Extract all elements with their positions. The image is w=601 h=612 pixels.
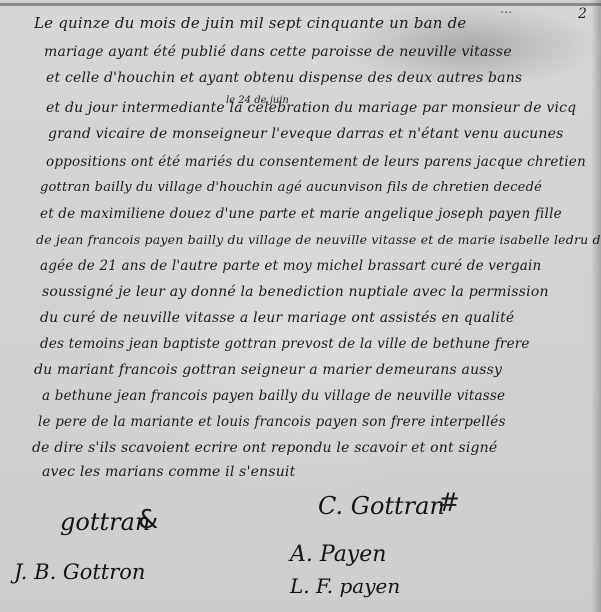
text-line: et de maximiliene douez d'une parte et m…	[40, 206, 562, 222]
text-line: grand vicaire de monseigneur l'eveque da…	[48, 126, 563, 142]
text-line: soussigné je leur ay donné la benedictio…	[42, 284, 549, 300]
page-edge-shadow	[591, 0, 601, 612]
page-marker: 2	[578, 6, 587, 22]
text-line: oppositions ont été mariés du consenteme…	[46, 154, 586, 170]
text-line: mariage ayant été publié dans cette paro…	[44, 44, 512, 60]
text-line: gottran bailly du village d'houchin agé …	[40, 180, 542, 195]
text-line: avec les marians comme il s'ensuit	[42, 464, 295, 480]
header-scrawl: ...	[500, 2, 512, 17]
text-line: Le quinze du mois de juin mil sept cinqu…	[34, 14, 467, 32]
text-line: du curé de neuville vitasse a leur maria…	[40, 310, 514, 326]
text-line: de jean francois payen bailly du village…	[36, 232, 601, 247]
signature-gottran: gottran	[60, 508, 150, 536]
signature-lf-payen: L. F. payen	[290, 574, 400, 598]
signature-a-payen: A. Payen	[290, 542, 386, 567]
text-line: et celle d'houchin et ayant obtenu dispe…	[46, 70, 522, 86]
text-line: du mariant francois gottran seigneur a m…	[34, 362, 502, 378]
text-line: des temoins jean baptiste gottran prevos…	[40, 336, 530, 352]
signature-c-gottran: C. Gottran	[318, 492, 445, 520]
signature-flourish-icon: #	[438, 488, 460, 518]
text-line: le pere de la mariante et louis francois…	[38, 414, 506, 430]
text-line: a bethune jean francois payen bailly du …	[42, 388, 505, 404]
text-line: de dire s'ils scavoient ecrire ont repon…	[32, 440, 497, 456]
signature-jb-gottron: J. B. Gottron	[14, 560, 145, 584]
text-line: agée de 21 ans de l'autre parte et moy m…	[40, 258, 541, 274]
signature-flourish-icon: &	[138, 505, 158, 535]
text-line: et du jour intermediante la celebration …	[46, 100, 576, 116]
